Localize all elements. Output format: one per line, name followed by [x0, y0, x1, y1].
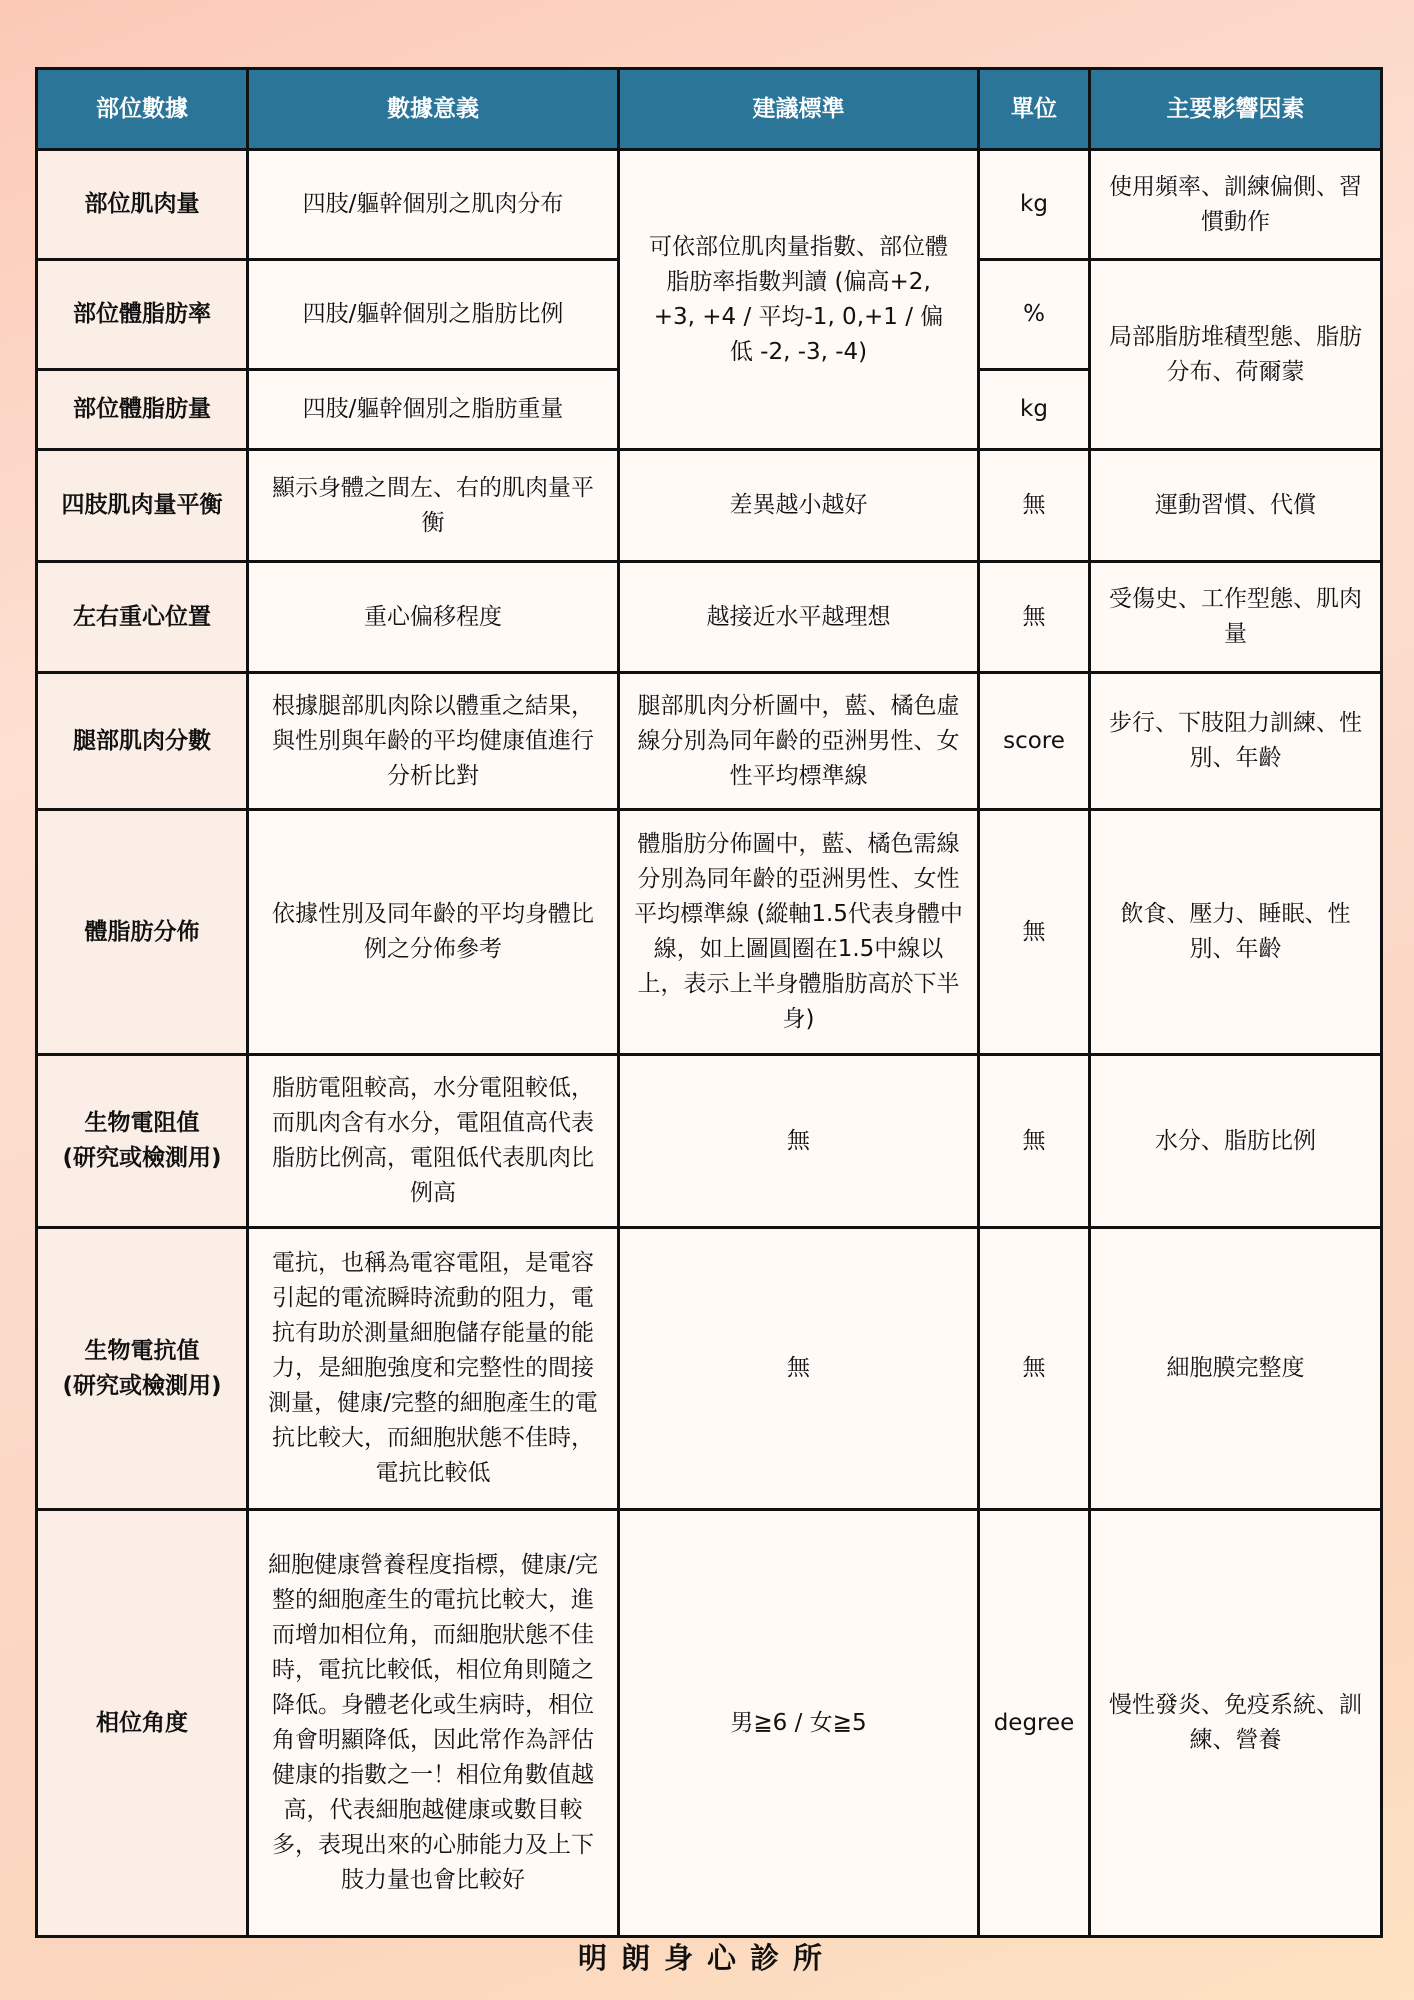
- factors-cell: 局部脂肪堆積型態、脂肪分布、荷爾蒙: [1090, 260, 1382, 450]
- row-label: 生物電抗值 (研究或檢測用): [37, 1228, 248, 1510]
- body-composition-table: 部位數據 數據意義 建議標準 單位 主要影響因素 部位肌肉量 四肢/軀幹個別之肌…: [35, 67, 1383, 1938]
- unit-cell: 無: [979, 1055, 1090, 1228]
- meaning-cell: 細胞健康營養程度指標，健康/完整的細胞產生的電抗比較大，進而增加相位角，而細胞狀…: [248, 1510, 619, 1937]
- column-header-factors: 主要影響因素: [1090, 69, 1382, 150]
- column-header-meaning: 數據意義: [248, 69, 619, 150]
- meaning-cell: 電抗，也稱為電容電阻，是電容引起的電流瞬時流動的阻力，電抗有助於測量細胞儲存能量…: [248, 1228, 619, 1510]
- table-row: 體脂肪分佈 依據性別及同年齡的平均身體比例之分佈參考 體脂肪分佈圖中，藍、橘色需…: [37, 810, 1382, 1055]
- meaning-cell: 依據性別及同年齡的平均身體比例之分佈參考: [248, 810, 619, 1055]
- meaning-cell: 四肢/軀幹個別之脂肪比例: [248, 260, 619, 370]
- unit-cell: degree: [979, 1510, 1090, 1937]
- unit-cell: 無: [979, 810, 1090, 1055]
- row-label: 四肢肌肉量平衡: [37, 450, 248, 562]
- standard-text: 可依部位肌肉量指數、部位體脂肪率指數判讀 (偏高+2, +3, +4 / 平均-…: [649, 234, 948, 365]
- factors-cell: 細胞膜完整度: [1090, 1228, 1382, 1510]
- unit-cell: kg: [979, 370, 1090, 450]
- row-label: 左右重心位置: [37, 562, 248, 673]
- unit-cell: 無: [979, 1228, 1090, 1510]
- factors-cell: 受傷史、工作型態、肌肉量: [1090, 562, 1382, 673]
- standard-cell: 男≧6 / 女≧5: [619, 1510, 979, 1937]
- row-label: 部位體脂肪量: [37, 370, 248, 450]
- row-label: 體脂肪分佈: [37, 810, 248, 1055]
- standard-cell: 體脂肪分佈圖中，藍、橘色需線分別為同年齡的亞洲男性、女性平均標準線 (縱軸1.5…: [619, 810, 979, 1055]
- table-row: 四肢肌肉量平衡 顯示身體之間左、右的肌肉量平衡 差異越小越好 無 運動習慣、代償: [37, 450, 1382, 562]
- row-label: 部位體脂肪率: [37, 260, 248, 370]
- standard-cell: 腿部肌肉分析圖中，藍、橘色虛線分別為同年齡的亞洲男性、女性平均標準線: [619, 673, 979, 810]
- meaning-cell: 脂肪電阻較高，水分電阻較低，而肌肉含有水分，電阻值高代表脂肪比例高，電阻低代表肌…: [248, 1055, 619, 1228]
- row-label: 生物電阻值 (研究或檢測用): [37, 1055, 248, 1228]
- clinic-name-footer: 明朗身心診所: [0, 1936, 1414, 1977]
- table-row: 相位角度 細胞健康營養程度指標，健康/完整的細胞產生的電抗比較大，進而增加相位角…: [37, 1510, 1382, 1937]
- unit-cell: 無: [979, 450, 1090, 562]
- standard-cell: 可依部位肌肉量指數、部位體脂肪率指數判讀 (偏高+2, +3, +4 / 平均-…: [619, 150, 979, 450]
- table-header-row: 部位數據 數據意義 建議標準 單位 主要影響因素: [37, 69, 1382, 150]
- standard-cell: 越接近水平越理想: [619, 562, 979, 673]
- standard-cell: 差異越小越好: [619, 450, 979, 562]
- body-composition-table-container: 部位數據 數據意義 建議標準 單位 主要影響因素 部位肌肉量 四肢/軀幹個別之肌…: [35, 67, 1380, 1938]
- row-label-sub: (研究或檢測用): [50, 1141, 234, 1176]
- meaning-cell: 顯示身體之間左、右的肌肉量平衡: [248, 450, 619, 562]
- standard-cell: 無: [619, 1055, 979, 1228]
- row-label-sub: (研究或檢測用): [50, 1369, 234, 1404]
- factors-cell: 運動習慣、代償: [1090, 450, 1382, 562]
- meaning-cell: 四肢/軀幹個別之肌肉分布: [248, 150, 619, 260]
- factors-cell: 水分、脂肪比例: [1090, 1055, 1382, 1228]
- row-label: 部位肌肉量: [37, 150, 248, 260]
- table-row: 生物電抗值 (研究或檢測用) 電抗，也稱為電容電阻，是電容引起的電流瞬時流動的阻…: [37, 1228, 1382, 1510]
- table-row: 左右重心位置 重心偏移程度 越接近水平越理想 無 受傷史、工作型態、肌肉量: [37, 562, 1382, 673]
- row-label-main: 生物電阻值: [50, 1106, 234, 1141]
- meaning-cell: 根據腿部肌肉除以體重之結果，與性別與年齡的平均健康值進行分析比對: [248, 673, 619, 810]
- unit-cell: %: [979, 260, 1090, 370]
- row-label: 腿部肌肉分數: [37, 673, 248, 810]
- row-label: 相位角度: [37, 1510, 248, 1937]
- table-row: 生物電阻值 (研究或檢測用) 脂肪電阻較高，水分電阻較低，而肌肉含有水分，電阻值…: [37, 1055, 1382, 1228]
- factors-cell: 使用頻率、訓練偏側、習慣動作: [1090, 150, 1382, 260]
- column-header-unit: 單位: [979, 69, 1090, 150]
- column-header-standard: 建議標準: [619, 69, 979, 150]
- standard-cell: 無: [619, 1228, 979, 1510]
- unit-cell: score: [979, 673, 1090, 810]
- row-label-main: 生物電抗值: [50, 1334, 234, 1369]
- factors-cell: 慢性發炎、免疫系統、訓練、營養: [1090, 1510, 1382, 1937]
- unit-cell: kg: [979, 150, 1090, 260]
- meaning-cell: 重心偏移程度: [248, 562, 619, 673]
- meaning-cell: 四肢/軀幹個別之脂肪重量: [248, 370, 619, 450]
- table-row: 部位肌肉量 四肢/軀幹個別之肌肉分布 可依部位肌肉量指數、部位體脂肪率指數判讀 …: [37, 150, 1382, 260]
- column-header-part-data: 部位數據: [37, 69, 248, 150]
- factors-cell: 飲食、壓力、睡眠、性別、年齡: [1090, 810, 1382, 1055]
- unit-cell: 無: [979, 562, 1090, 673]
- factors-cell: 步行、下肢阻力訓練、性別、年齡: [1090, 673, 1382, 810]
- table-row: 腿部肌肉分數 根據腿部肌肉除以體重之結果，與性別與年齡的平均健康值進行分析比對 …: [37, 673, 1382, 810]
